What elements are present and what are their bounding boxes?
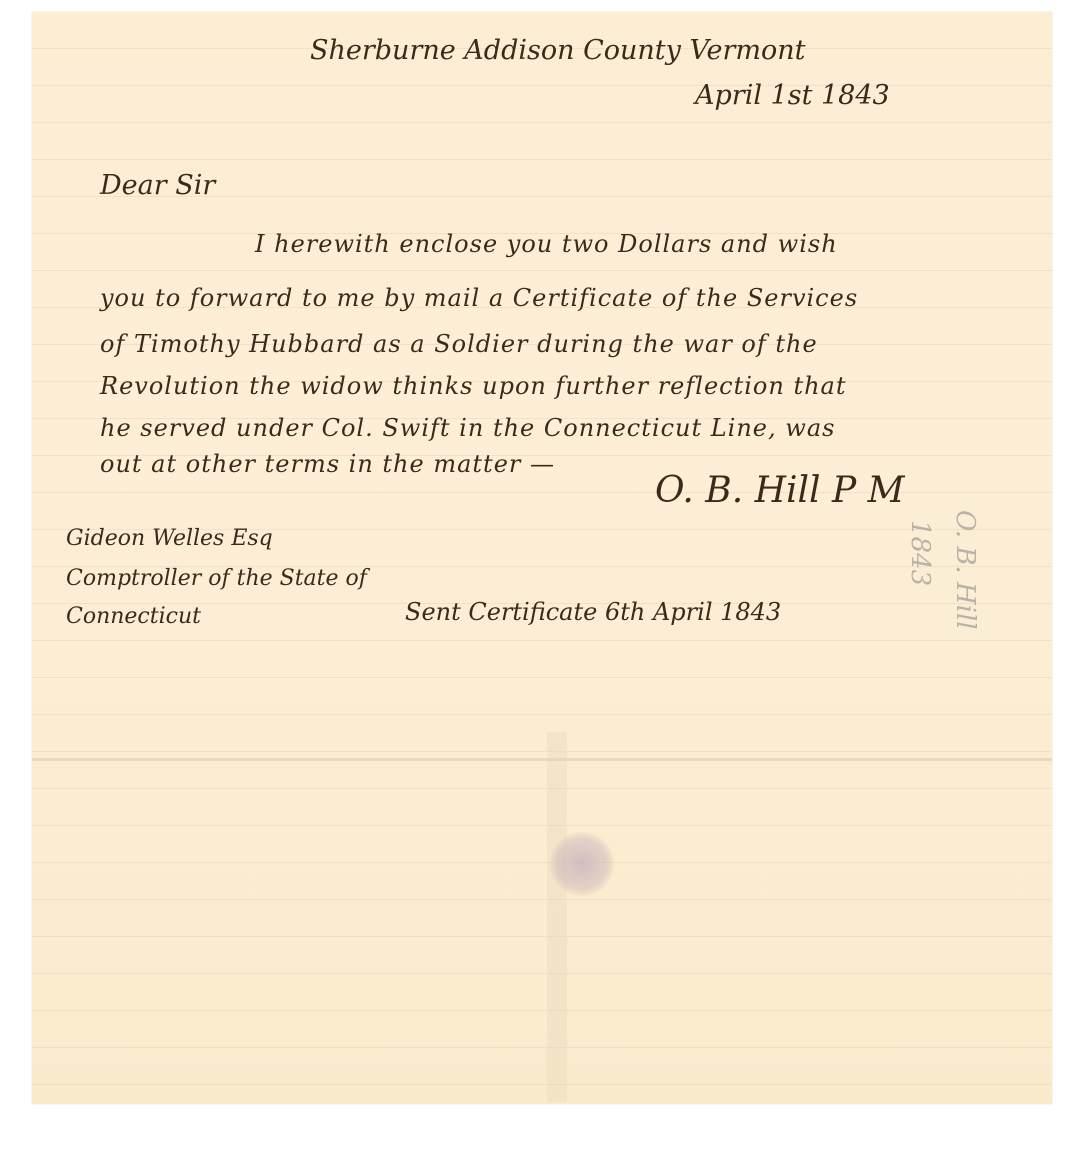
addressee-line-1: Gideon Welles Esq (66, 526, 273, 551)
body-line-2: you to forward to me by mail a Certifica… (100, 284, 858, 312)
body-line-5: he served under Col. Swift in the Connec… (100, 414, 835, 442)
body-line-4: Revolution the widow thinks upon further… (100, 372, 847, 400)
body-line-6: out at other terms in the matter — (100, 450, 555, 478)
horizontal-fold (32, 758, 1052, 761)
letter-date: April 1st 1843 (695, 80, 890, 111)
salutation: Dear Sir (100, 170, 215, 201)
pencil-note-1: O. B. Hill (950, 510, 980, 630)
addressee-line-3: Connecticut (66, 604, 201, 629)
vertical-fold (547, 732, 567, 1102)
pencil-note-2: 1843 (905, 520, 935, 586)
signature: O. B. Hill P M (655, 470, 905, 511)
letter-place: Sherburne Addison County Vermont (310, 35, 805, 66)
wax-seal-stain (550, 832, 614, 896)
addressee-line-2: Comptroller of the State of (66, 566, 367, 591)
body-line-3: of Timothy Hubbard as a Soldier during t… (100, 330, 818, 358)
endorsement-note: Sent Certificate 6th April 1843 (405, 598, 781, 626)
body-line-1: I herewith enclose you two Dollars and w… (255, 230, 838, 258)
